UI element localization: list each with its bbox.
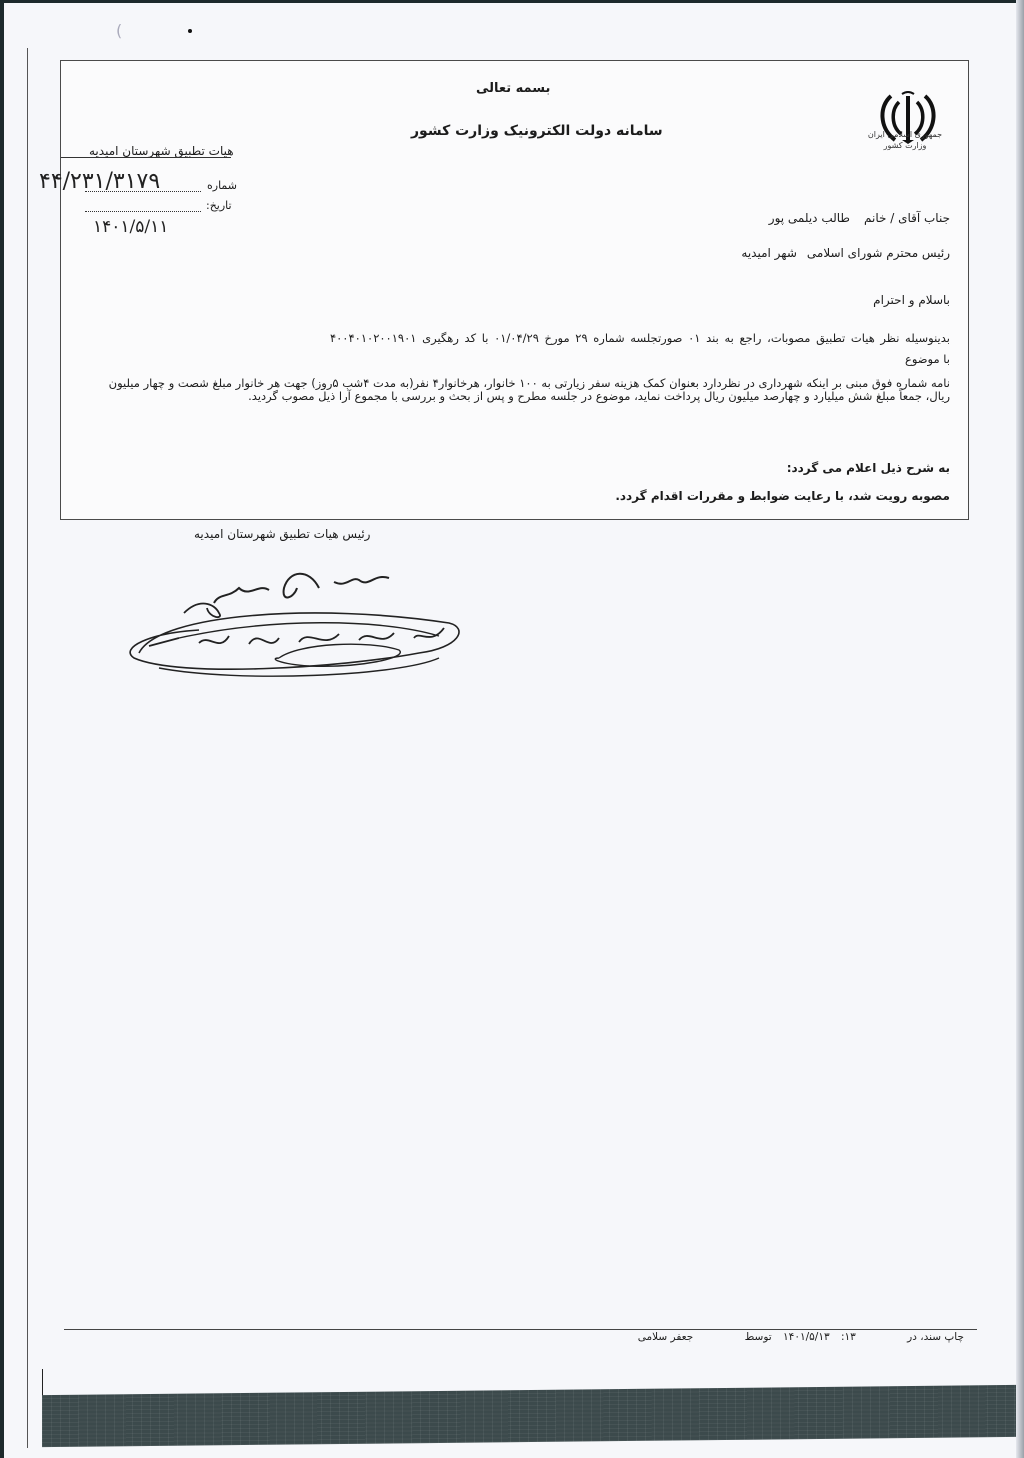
greeting: باسلام و احترام <box>873 293 950 307</box>
document-page: ( جمهوری اسلامی ایران وزارت کشور بسمه تع… <box>4 3 1016 1458</box>
footer-rule <box>64 1329 977 1330</box>
print-label: چاپ سند، در <box>907 1331 964 1343</box>
number-label: شماره <box>207 179 237 192</box>
system-name-heading: سامانه دولت الکترونیک وزارت کشور <box>411 123 663 139</box>
scan-shadow-band <box>42 1385 1022 1447</box>
scan-edge-right <box>1016 0 1024 1458</box>
recipient-position-line: رئیس محترم شورای اسلامیشهر امیدیه <box>741 246 950 260</box>
ink-dot <box>188 29 192 33</box>
emblem-caption-ministry: وزارت کشور <box>867 140 943 151</box>
signatory-title: رئیس هیات تطبیق شهرستان امیدیه <box>194 527 370 541</box>
print-date: ۱۴۰۱/۵/۱۳ <box>783 1331 830 1343</box>
reference-rule <box>61 157 231 158</box>
recipient-position: رئیس محترم شورای اسلامی <box>807 246 950 260</box>
issuing-board: هیات تطبیق شهرستان امیدیه <box>89 144 234 158</box>
emblem-caption: جمهوری اسلامی ایران وزارت کشور <box>867 129 943 151</box>
subject-label: با موضوع <box>905 352 950 366</box>
reference-line: بدینوسیله نظر هیات تطبیق مصوبات، راجع به… <box>330 331 950 345</box>
date-label: تاریخ: <box>206 199 232 212</box>
binding-mark <box>27 48 28 1448</box>
print-footer: چاپ سند، در ۱۳: ۱۴۰۱/۵/۱۳ توسط جعفر سلام… <box>630 1331 964 1343</box>
recipient-name: طالب دیلمی پور <box>769 211 850 225</box>
print-time: ۱۳: <box>841 1331 856 1343</box>
scan-artifact: ( <box>116 21 122 40</box>
salutation: جناب آقای / خانم <box>864 211 950 225</box>
bismillah-heading: بسمه تعالی <box>476 81 550 96</box>
handwritten-date: ۱۴۰۱/۵/۱۱ <box>93 217 168 237</box>
emblem-caption-country: جمهوری اسلامی ایران <box>867 129 943 140</box>
printed-by-label: توسط <box>745 1331 772 1343</box>
signature-stamp-icon <box>119 558 469 688</box>
declaration: به شرح ذیل اعلام می گردد: <box>787 461 950 475</box>
date-dotted-line <box>85 211 201 212</box>
recipient-city: شهر امیدیه <box>741 246 796 260</box>
resolution: مصوبه رویت شد، با رعایت ضوابط و مقررات ا… <box>615 489 950 503</box>
number-dotted-line <box>85 191 201 192</box>
recipient-line: جناب آقای / خانمطالب دیلمی پور <box>769 211 950 225</box>
printed-by-name: جعفر سلامی <box>638 1331 693 1343</box>
letter-frame: جمهوری اسلامی ایران وزارت کشور بسمه تعال… <box>60 60 969 520</box>
subject-text: نامه شماره فوق مبنی بر اینکه شهرداری در … <box>100 377 950 403</box>
